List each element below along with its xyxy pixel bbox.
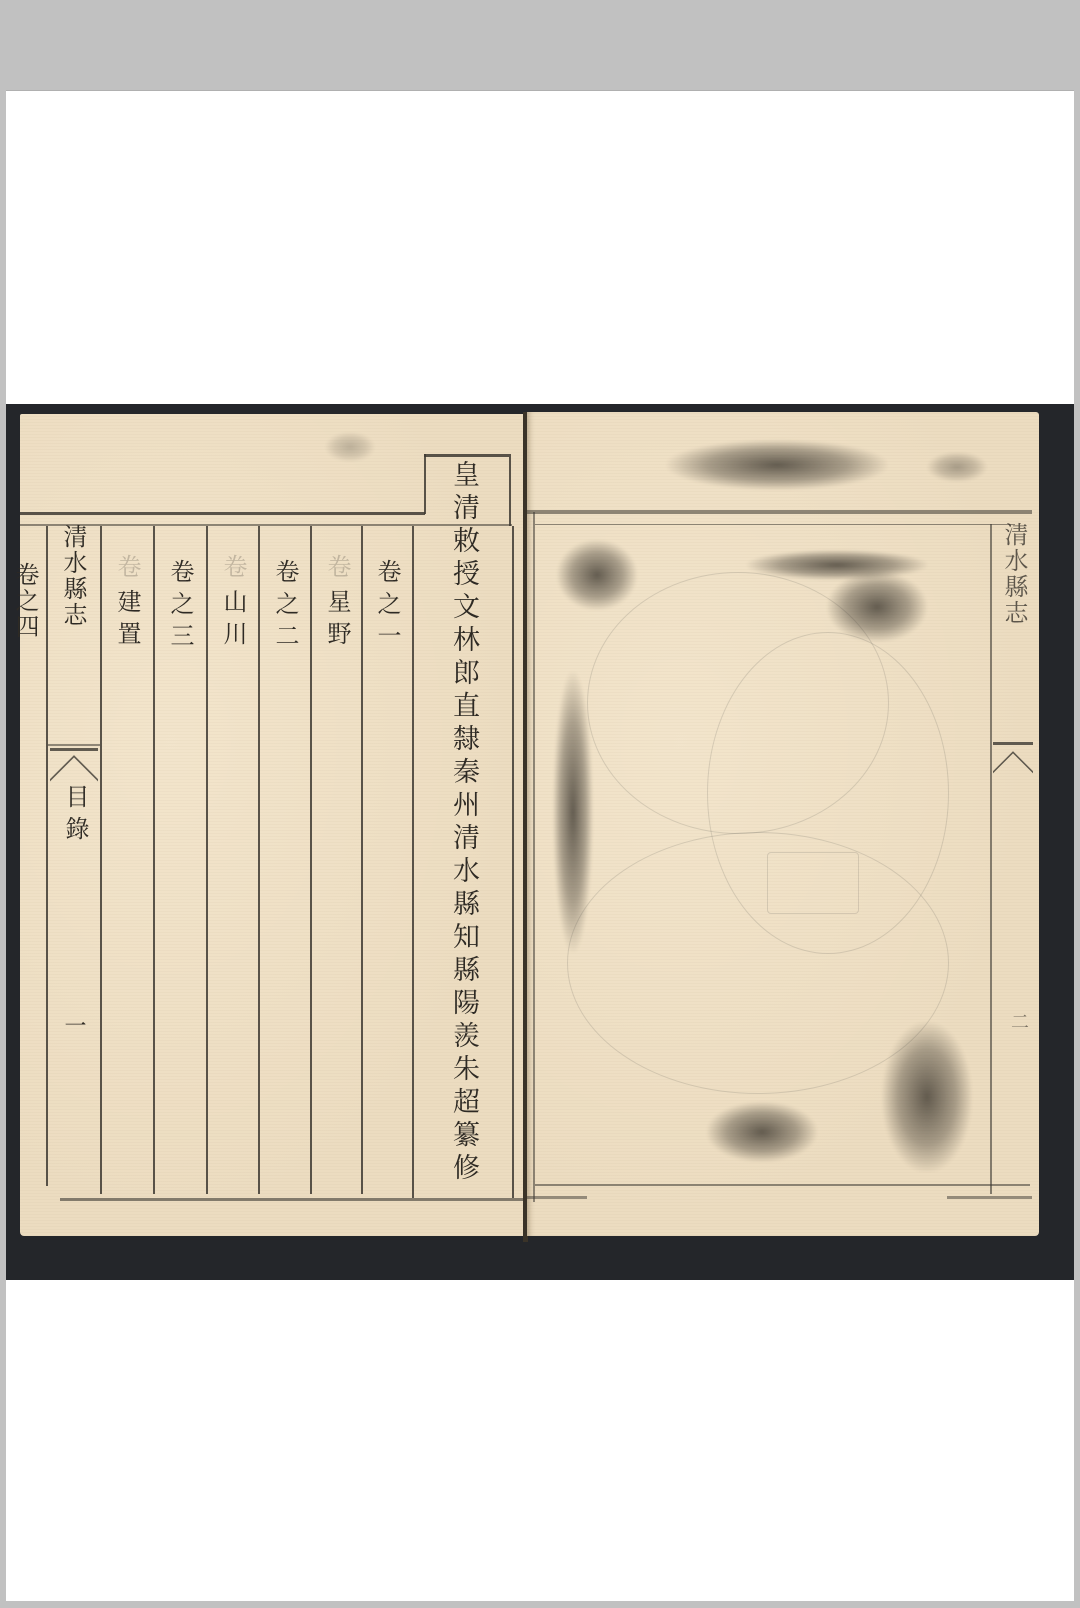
left-page: 皇清敕授文林郎直隸秦州清水縣知縣陽羨朱超纂修 卷之一 星野 卷之二 山川 卷之三…: [20, 414, 525, 1236]
ink-smudge: [667, 440, 887, 490]
column-divider: [258, 526, 260, 1194]
column-divider: [512, 526, 514, 1198]
column-divider: [46, 526, 48, 1186]
column-divider: [361, 526, 363, 1194]
title-box-left: [424, 454, 426, 514]
toc-jianzhi: 建置: [110, 589, 145, 653]
frame-left-line: [533, 512, 535, 1202]
frame-top-line: [20, 512, 425, 515]
banxin-section-label: 目錄: [58, 784, 93, 848]
banxin-page-number: 一: [58, 1014, 89, 1044]
toc-shanchuan: 山川: [216, 589, 251, 653]
frame-top-inner-line: [535, 524, 1015, 525]
frame-bottom-line: [535, 1184, 1030, 1186]
frame-right-line: [990, 524, 992, 1194]
ink-smudge: [882, 1022, 972, 1172]
right-page: 清水縣志 二: [527, 412, 1039, 1236]
show-through-glyph: 卷: [216, 554, 251, 586]
illustration-building-outline: [767, 852, 859, 914]
ink-smudge: [553, 672, 593, 952]
fishtail-mark-icon: [50, 748, 98, 785]
banxin-book-title: 清水縣志: [56, 524, 91, 628]
toc-juan-2: 卷之二: [268, 559, 303, 655]
column-divider: [100, 526, 102, 1194]
banxin-inner-line: [48, 744, 100, 746]
ink-smudge: [927, 452, 987, 482]
column-divider: [153, 526, 155, 1194]
toc-xingye: 星野: [320, 589, 355, 653]
banxin-book-title-partial: 清水縣志: [997, 522, 1032, 626]
frame-top-line: [527, 510, 1032, 514]
ink-smudge: [557, 540, 637, 610]
show-through-glyph: 卷: [110, 554, 145, 586]
frame-bottom-line: [60, 1198, 525, 1201]
title-box-top: [424, 454, 509, 457]
frame-bottom-outer-line: [947, 1196, 1032, 1199]
partial-column-juan-4: 卷之四: [8, 562, 43, 640]
page-number-partial: 二: [1005, 1012, 1031, 1038]
ink-smudge: [827, 572, 927, 642]
show-through-glyph: 卷: [320, 554, 355, 586]
column-divider: [206, 526, 208, 1194]
ink-smudge: [707, 1102, 817, 1162]
frame-top-inner-line: [20, 524, 512, 526]
title-box-right: [509, 454, 511, 526]
column-divider: [310, 526, 312, 1194]
book-scan-image[interactable]: 皇清敕授文林郎直隸秦州清水縣知縣陽羨朱超纂修 卷之一 星野 卷之二 山川 卷之三…: [6, 404, 1074, 1280]
toc-juan-1: 卷之一: [370, 559, 405, 655]
column-divider: [412, 526, 414, 1198]
compiler-attribution-column: 皇清敕授文林郎直隸秦州清水縣知縣陽羨朱超纂修: [444, 460, 483, 1186]
frame-bottom-outer-line: [527, 1196, 587, 1199]
fishtail-mark-icon: [993, 742, 1033, 779]
ink-smudge: [325, 432, 375, 462]
toc-juan-3: 卷之三: [163, 559, 198, 655]
